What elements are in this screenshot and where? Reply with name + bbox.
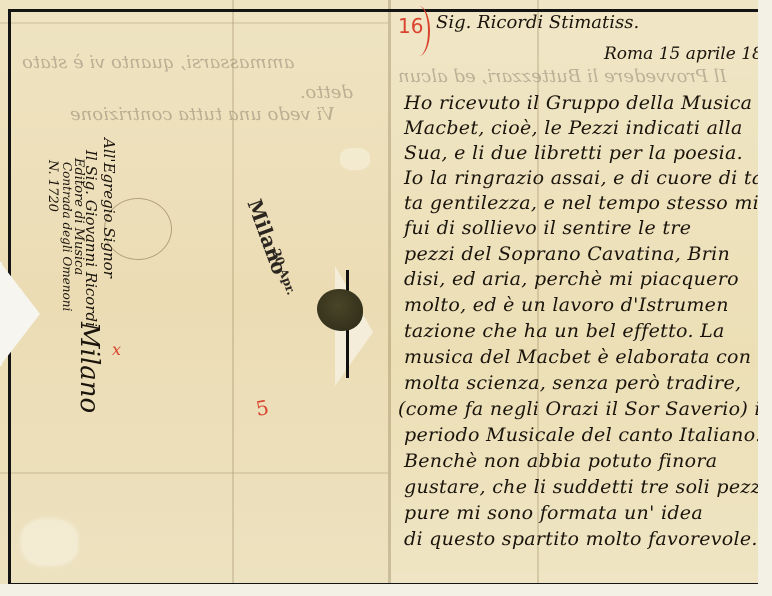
letter-line: Io la ringrazio assai, e di cuore di tan [404,167,772,189]
letter-line: molto, ed è un lavoro d'Istrumen [404,294,729,316]
bleed-through-line: ammassarsi, quanto vi è stato [22,52,294,73]
paper-notch-edge [0,262,2,366]
letter-line: periodo Musicale del canto Italiano. [404,424,761,446]
letter-line: (come fa negli Orazi il Sor Saverio) il [398,398,767,420]
letter-line: di questo spartito molto favorevole. [404,528,758,550]
letter-line: disi, ed aria, perchè mi piacquero [404,268,739,290]
bleed-through-line: detto. [300,82,353,103]
wax-seal [317,289,363,331]
letter-line: musica del Macbet è elaborata con [404,346,751,368]
address-city: Milano [74,322,104,413]
date-line: Roma 15 aprile 1847 [604,44,772,64]
paper-notch [0,262,40,366]
letter-scan: ammassarsi, quanto vi è stato detto. Vi … [0,0,772,596]
embossed-watermark [340,148,370,170]
scan-margin [758,0,772,596]
letter-line: gustare, che li suddetti tre soli pezzi, [404,476,772,498]
address-line: N. 1720 [45,160,60,212]
salutation: Sig. Ricordi Stimatiss. [436,12,639,33]
letter-line: ta gentilezza, e nel tempo stesso mi [404,192,759,214]
scan-margin [0,584,772,596]
red-cross-mark: x [112,340,121,359]
address-line: Contrada degli Omenoni [60,162,74,311]
bleed-through-line: Il Provvedere li Buttezzari, ed alcun [398,66,727,87]
letter-line: Ho ricevuto il Gruppo della Musica del [404,92,772,114]
letter-line: fui di sollievo il sentire le tre [404,217,691,239]
letter-line: pezzi del Soprano Cavatina, Brin [404,243,730,265]
embossed-watermark [22,520,77,565]
letter-line: tazione che ha un bel effetto. La [404,320,725,342]
letter-line: Macbet, cioè, le Pezzi indicati alla [404,117,743,139]
page-number-annotation: 16 [398,14,423,38]
letter-line: molta scienza, senza però tradire, [404,372,741,394]
letter-line: pure mi sono formata un' idea [404,502,703,524]
letter-line: Benchè non abbia potuto finora [404,450,717,472]
address-line: All'Egregio Signor [100,138,118,278]
letter-line: Sua, e li due libretti per la poesia. [404,142,743,164]
bleed-through-line: Vi vedo una tutta contrizione [70,104,335,125]
